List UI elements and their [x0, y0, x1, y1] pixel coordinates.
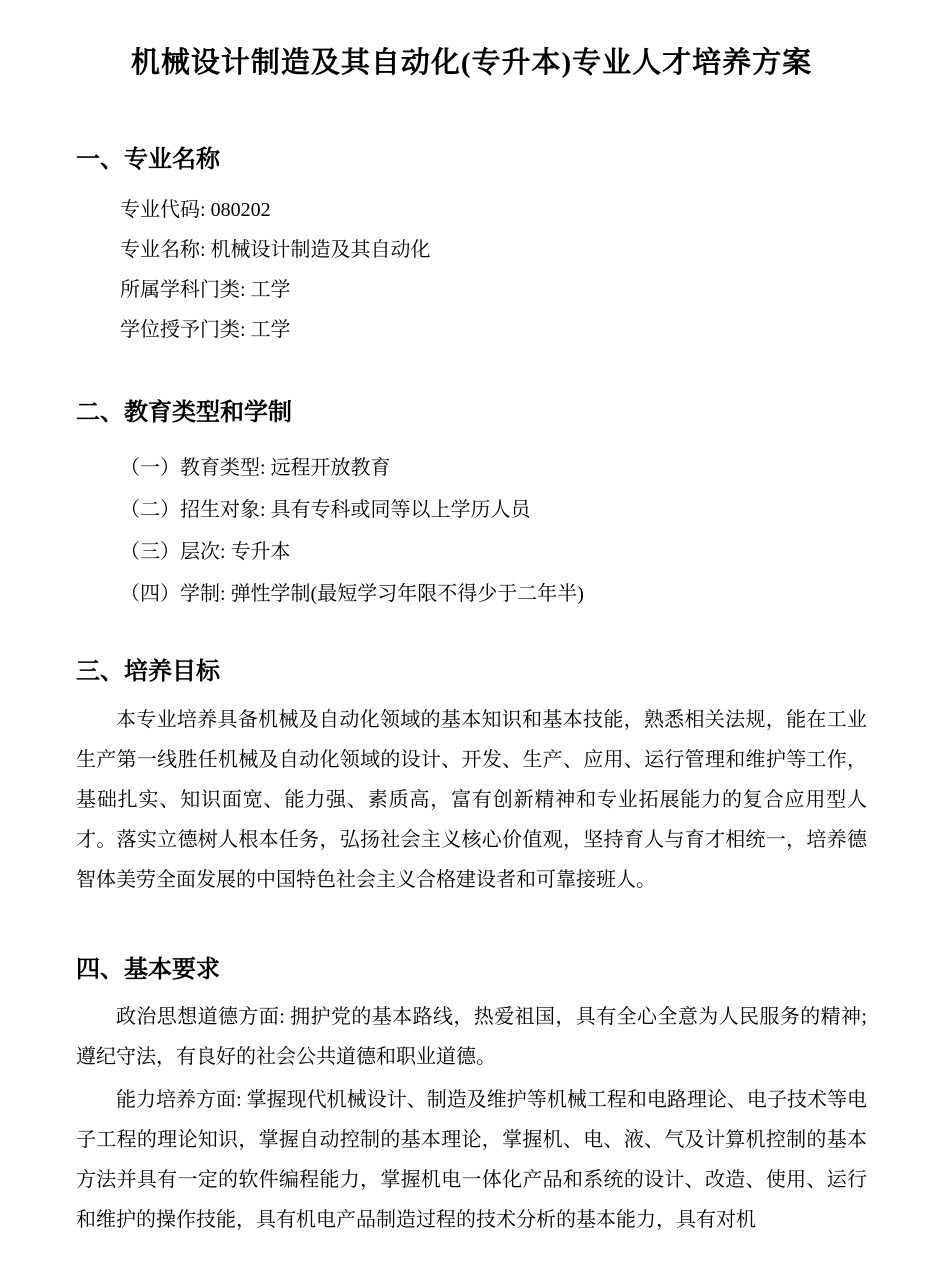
field-value: 专升本 [231, 541, 291, 563]
field-row-level: （三）层次: 专升本 [120, 531, 867, 573]
field-list: （一）教育类型: 远程开放教育 （二）招生对象: 具有专科或同等以上学历人员 （… [120, 447, 867, 615]
field-value: 机械设计制造及其自动化 [211, 239, 431, 261]
document-title: 机械设计制造及其自动化(专升本)专业人才培养方案 [76, 46, 867, 80]
section-training-objectives: 三、培养目标 本专业培养具备机械及自动化领域的基本知识和基本技能，熟悉相关法规，… [76, 657, 867, 900]
field-list: 专业代码: 080202 专业名称: 机械设计制造及其自动化 所属学科门类: 工… [120, 190, 867, 350]
field-row-major-name: 专业名称: 机械设计制造及其自动化 [120, 230, 867, 270]
field-label: 专业代码: [120, 199, 206, 221]
document-content: 机械设计制造及其自动化(专升本)专业人才培养方案 一、专业名称 专业代码: 08… [0, 0, 940, 1240]
section-major-name: 一、专业名称 专业代码: 080202 专业名称: 机械设计制造及其自动化 所属… [76, 145, 867, 350]
field-label: （一）教育类型: [120, 457, 266, 479]
paragraph-training-objectives: 本专业培养具备机械及自动化领域的基本知识和基本技能，熟悉相关法规，能在工业生产第… [76, 700, 867, 900]
section-heading-training-objectives: 三、培养目标 [76, 657, 867, 687]
section-basic-requirements: 四、基本要求 政治思想道德方面: 拥护党的基本路线，热爱祖国，具有全心全意为人民… [76, 955, 867, 1240]
field-label: 所属学科门类: [120, 279, 246, 301]
section-heading-basic-requirements: 四、基本要求 [76, 955, 867, 985]
field-row-education-type: （一）教育类型: 远程开放教育 [120, 447, 867, 489]
section-heading-major-name: 一、专业名称 [76, 145, 867, 175]
field-label: 专业名称: [120, 239, 206, 261]
field-value: 弹性学制(最短学习年限不得少于二年半) [231, 583, 584, 605]
field-row-major-code: 专业代码: 080202 [120, 190, 867, 230]
field-label: （四）学制: [120, 583, 226, 605]
section-heading-education-type: 二、教育类型和学制 [76, 398, 867, 428]
field-label: （二）招生对象: [120, 499, 266, 521]
field-row-schooling-system: （四）学制: 弹性学制(最短学习年限不得少于二年半) [120, 573, 867, 615]
document-page: 机械设计制造及其自动化(专升本)专业人才培养方案 一、专业名称 专业代码: 08… [0, 0, 940, 1279]
field-value: 远程开放教育 [271, 457, 391, 479]
section-education-type: 二、教育类型和学制 （一）教育类型: 远程开放教育 （二）招生对象: 具有专科或… [76, 398, 867, 615]
paragraph-ability-training: 能力培养方面: 掌握现代机械设计、制造及维护等机械工程和电路理论、电子技术等电子… [76, 1080, 867, 1240]
field-row-degree-category: 学位授予门类: 工学 [120, 310, 867, 350]
paragraph-political-morality: 政治思想道德方面: 拥护党的基本路线，热爱祖国，具有全心全意为人民服务的精神; … [76, 997, 867, 1077]
field-label: 学位授予门类: [120, 319, 246, 341]
field-row-enrollment-target: （二）招生对象: 具有专科或同等以上学历人员 [120, 489, 867, 531]
field-value: 080202 [211, 199, 271, 221]
field-label: （三）层次: [120, 541, 226, 563]
field-value: 具有专科或同等以上学历人员 [271, 499, 531, 521]
field-row-discipline-category: 所属学科门类: 工学 [120, 270, 867, 310]
field-value: 工学 [251, 319, 291, 341]
field-value: 工学 [251, 279, 291, 301]
